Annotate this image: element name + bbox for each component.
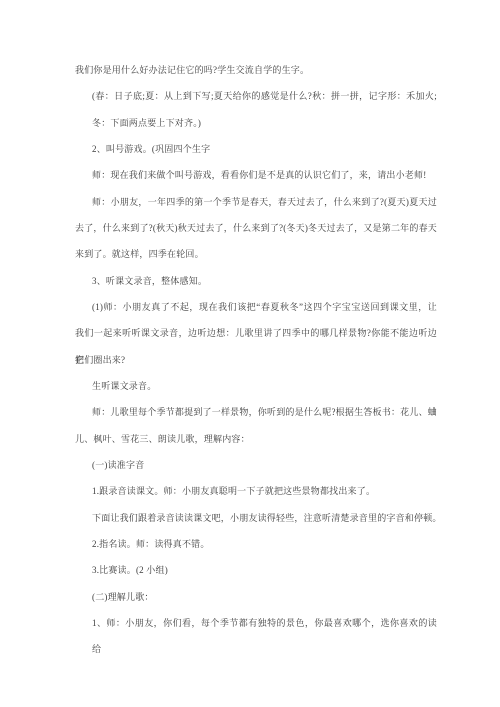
text-line: (二)理解儿歌： <box>75 584 437 610</box>
text-line: 我们你是用什么好办法记住它的吗?学生交流自学的生字。 <box>75 57 437 83</box>
text-line: 2、叫号游戏。(巩固四个生字 <box>75 136 437 162</box>
text-line: 来到了。就这样，四季在轮回。 <box>75 241 437 267</box>
text-line: 它们圈出来? <box>75 347 437 373</box>
text-line: 2.指名读。师：读得真不错。 <box>75 531 437 557</box>
text-line: 1、师：小朋友，你们看，每个季节都有独特的景色，你最喜欢哪个，选你喜欢的读给 <box>75 610 437 636</box>
text-line: 生听课文录音。 <box>75 373 437 399</box>
document-body: 我们你是用什么好办法记住它的吗?学生交流自学的生字。(春：日子底;夏：从上到下写… <box>75 57 437 636</box>
text-line: 冬：下面两点要上下对齐。) <box>75 110 437 136</box>
text-line: (1)师：小朋友真了不起，现在我们该把“春夏秋冬”这四个字宝宝送回到课文里，让 <box>75 294 437 320</box>
text-line: 儿、枫叶、雪花三、朗读儿歌，理解内容： <box>75 426 437 452</box>
text-line: 1.跟录音读课文。师：小朋友真聪明一下子就把这些景物都找出来了。 <box>75 478 437 504</box>
text-line: 3.比赛读。(2 小组) <box>75 557 437 583</box>
text-line: 师：小朋友，一年四季的第一个季节是春天，春天过去了，什么来到了?(夏天)夏天过 <box>75 189 437 215</box>
text-line: 去了，什么来到了?(秋天)秋天过去了，什么来到了?(冬天)冬天过去了，又是第二年… <box>75 215 437 241</box>
text-line: 师：儿歌里每个季节都提到了一样景物，你听到的是什么呢?根据生答板书：花儿、蛐 <box>75 399 437 425</box>
text-line: 师：现在我们来做个叫号游戏，看看你们是不是真的认识它们了，来，请出小老师! <box>75 162 437 188</box>
document-page: 我们你是用什么好办法记住它的吗?学生交流自学的生字。(春：日子底;夏：从上到下写… <box>0 0 500 707</box>
text-line: 下面让我们跟着录音读读课文吧，小朋友读得轻些，注意听清楚录音里的字音和停顿。 <box>75 505 437 531</box>
text-line: 我们一起来听听课文录音，边听边想：儿歌里讲了四季中的哪几样景物?你能不能边听边把 <box>75 320 437 346</box>
text-line: 3、听课文录音，整体感知。 <box>75 268 437 294</box>
text-line: (春：日子底;夏：从上到下写;夏天给你的感觉是什么?秋：拼一拼，记字形：禾加火; <box>75 83 437 109</box>
text-line: (一)读准字音 <box>75 452 437 478</box>
